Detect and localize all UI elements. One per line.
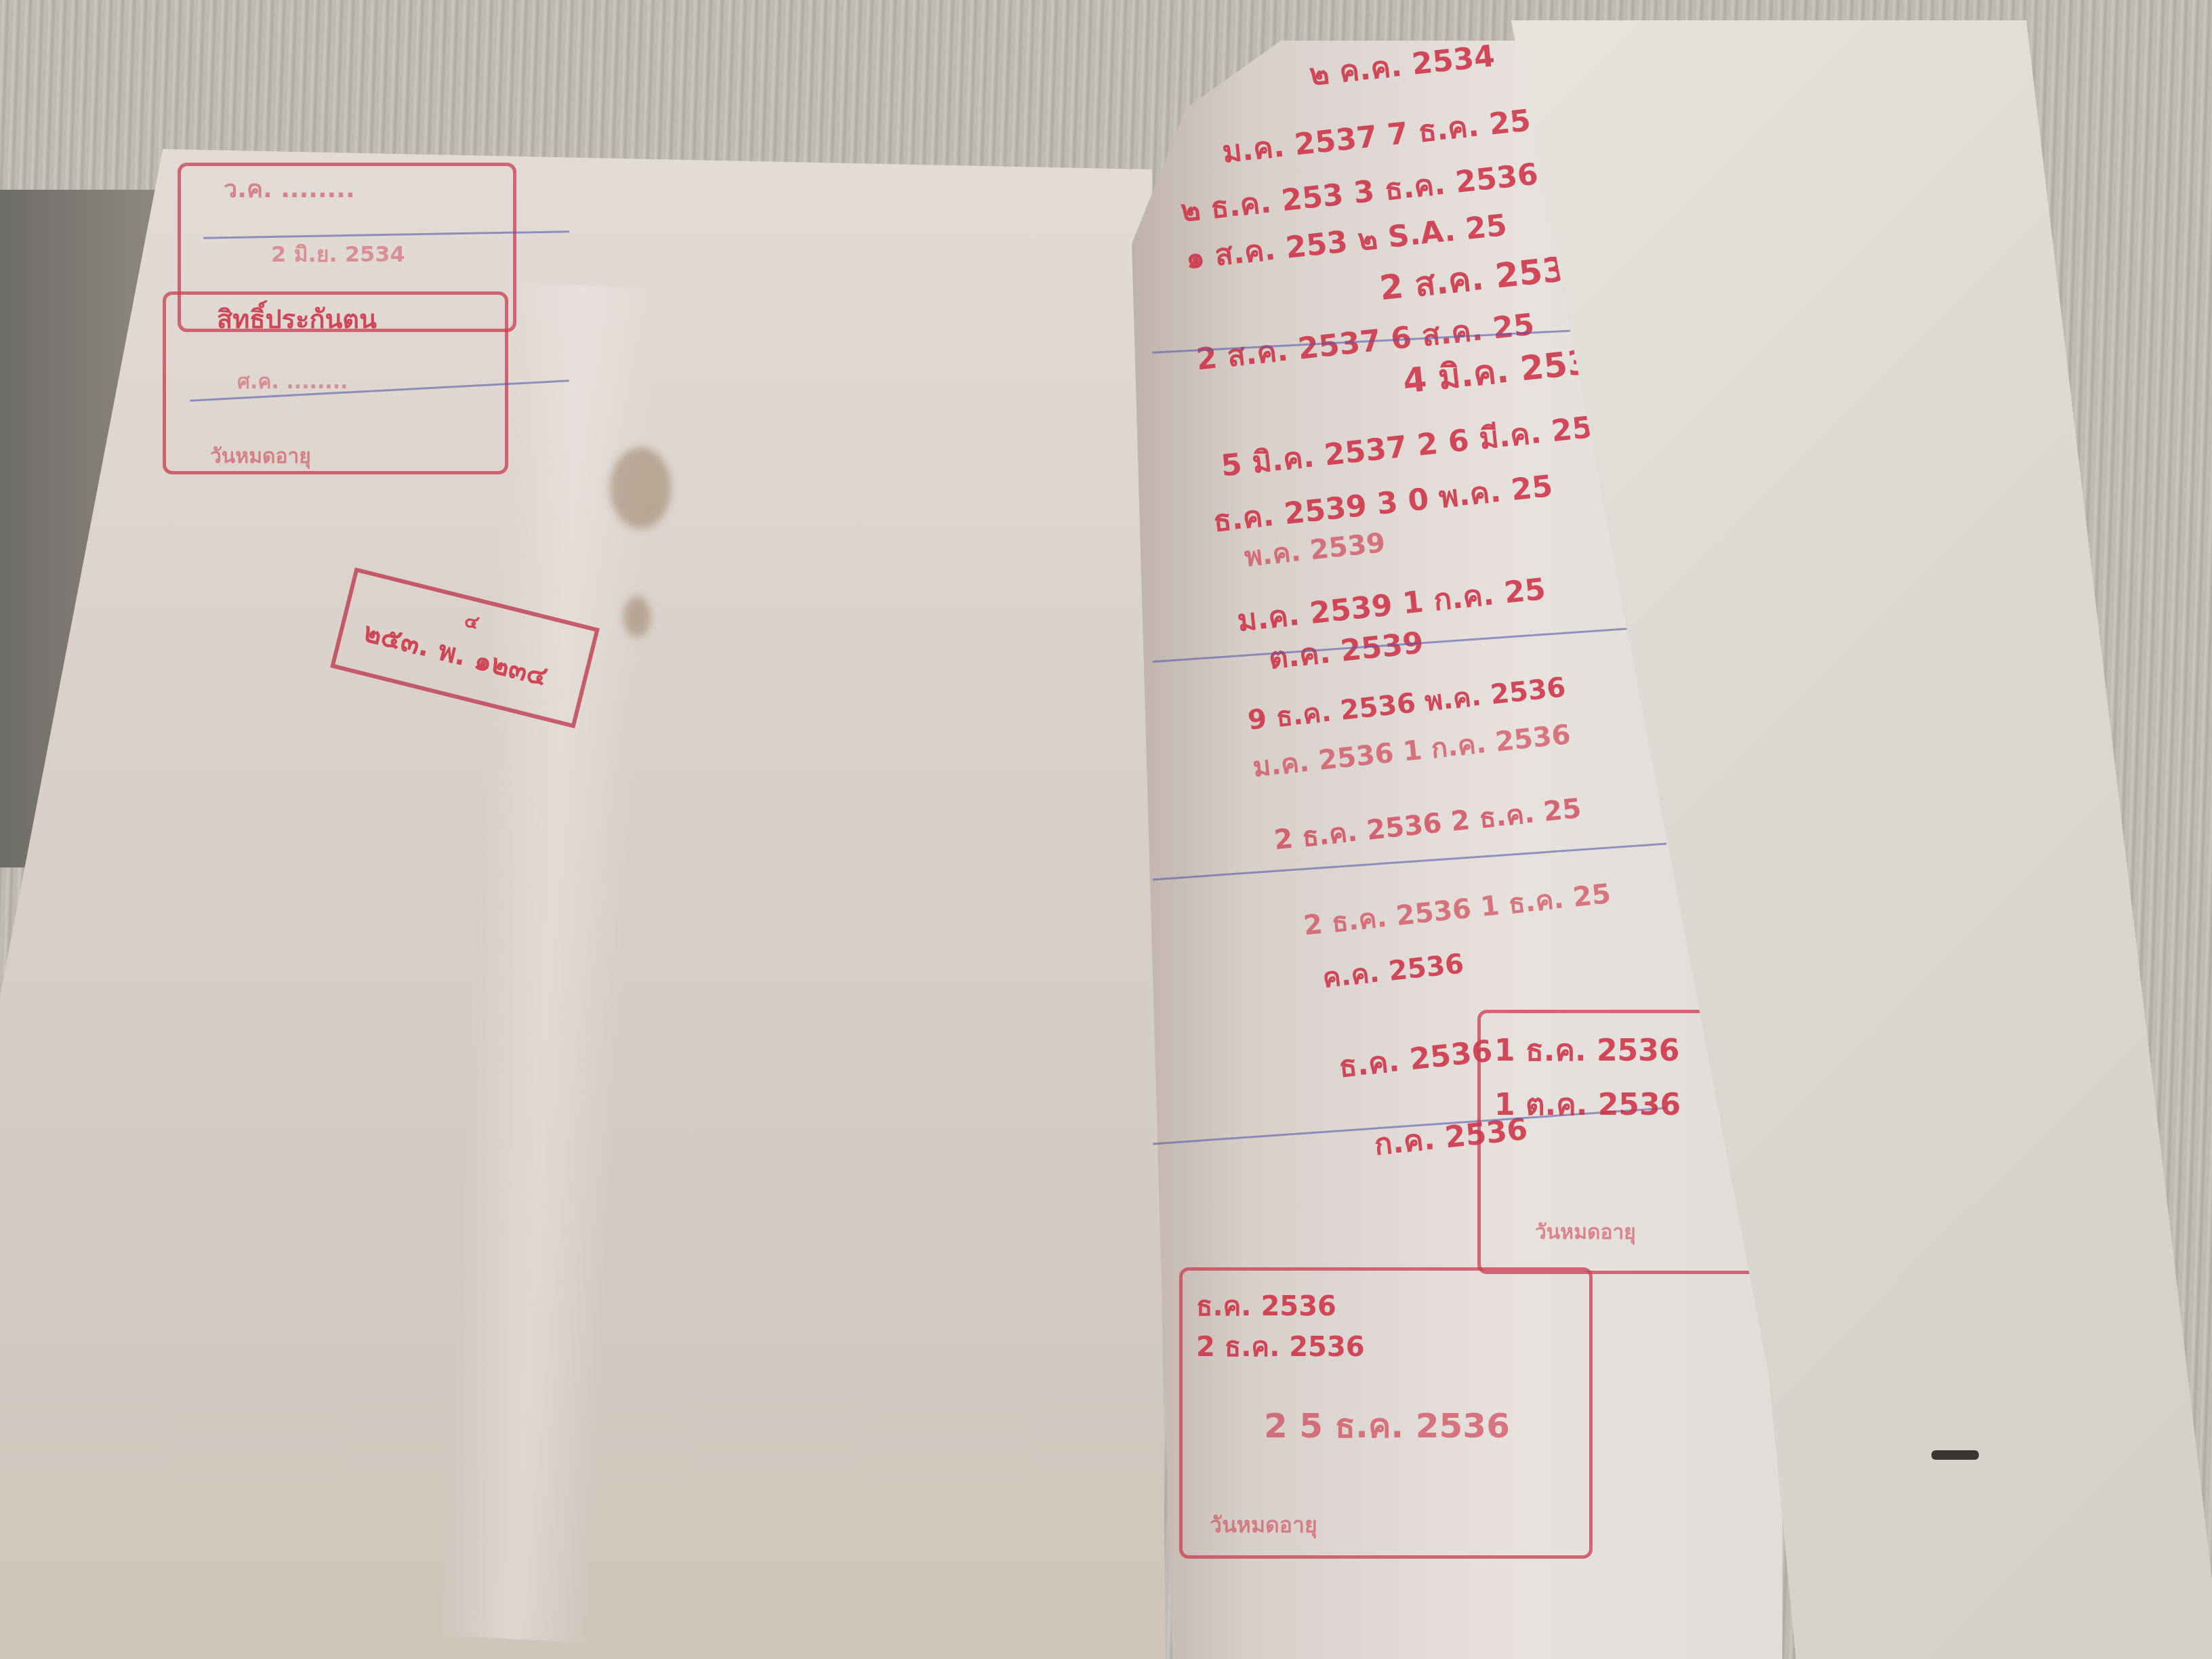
- stain-spot: [623, 596, 651, 637]
- stamp-text: 2 5 ธ.ค. 2536: [1264, 1399, 1510, 1453]
- stamp-text: วันหมดอายุ: [1210, 1508, 1317, 1542]
- stamp-text: 1 ธ.ค. 2536: [1494, 1027, 1679, 1074]
- staple-hole: [1931, 1450, 1979, 1460]
- stamp-text: 2 มิ.ย. 2534: [271, 237, 405, 272]
- stain-spot: [610, 447, 671, 529]
- stamp-text: 1 ต.ค. 2536: [1494, 1081, 1681, 1128]
- date-stamp: ค.ค. 2536: [1320, 941, 1466, 1000]
- stamp-text: วันหมดอายุ: [1535, 1216, 1636, 1248]
- date-stamp: ธ.ค. 2536: [1336, 1027, 1495, 1090]
- date-stamp: 2 ธ.ค. 2536 2 ธ.ค. 25: [1272, 786, 1584, 861]
- stamp-text: สิทธิ์ประกันตน: [217, 298, 377, 340]
- date-stamp: 2 ธ.ค. 2536 1 ธ.ค. 25: [1301, 872, 1613, 947]
- stamp-text: ๔: [462, 605, 483, 638]
- stamp-text: วันหมดอายุ: [210, 441, 311, 472]
- stamp-text: ธ.ค. 2536: [1196, 1284, 1336, 1328]
- bottom-stamp: ธ.ค. 2536 2 ธ.ค. 2536 2 5 ธ.ค. 2536 วันห…: [1179, 1267, 1593, 1559]
- stamp-text: 2 ธ.ค. 2536: [1196, 1325, 1365, 1368]
- stamp-text: ว.ค. ........: [224, 169, 355, 208]
